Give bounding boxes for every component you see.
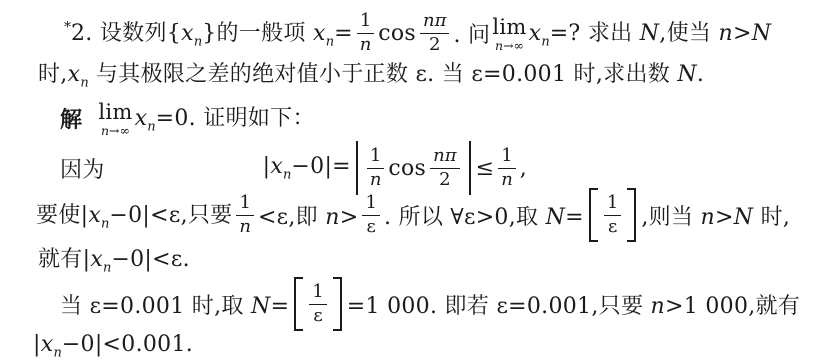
text-yaoshi: 要使| [36,203,88,228]
abs-bar-open: | [33,332,41,357]
fraction-1-over-epsilon: 1ε [604,193,621,237]
var-n: n [718,21,732,46]
var-x: x [90,247,103,272]
equals-sign: = [334,21,353,46]
equals-sign: = [565,205,584,230]
integer-part-bracket-right [333,277,342,331]
text-ji: <ε,即 [258,205,325,230]
var-N: N [752,21,772,46]
var-n-subscript: n [147,120,155,135]
greater-than-sign: > [340,205,359,230]
var-x: x [88,203,101,228]
var-N: N [677,62,697,87]
text-general-term: }的一般项 [202,21,313,46]
fraction-denominator: n [360,34,372,56]
fraction-numerator: nπ [430,146,459,169]
problem-question-run: xn=? 求出 N,使当 n>N [529,16,772,49]
equals-sign: = [271,294,290,319]
less-equal-sign: ≤ [476,156,495,181]
fraction-denominator: ε [608,216,617,238]
var-n-subscript: n [80,76,88,91]
fraction-denominator: ε [313,305,322,327]
period: . [697,62,704,87]
fraction-denominator: ε [367,216,376,238]
text-less-eps-zhiyao: −0|<ε,只要 [109,203,232,228]
cos-operator: cos [378,21,416,46]
conclusion-run: ,则当 n>N 时, [641,200,790,231]
text-shi: 时, [753,205,790,230]
limit-word: lim [98,102,132,123]
fraction-1-over-epsilon: 1ε [362,193,379,237]
fraction-denominator: 2 [439,169,450,191]
numeric-case-line: 当 ε=0.001 时,取 N= 1ε =1 000. 即若 ε=0.001,只… [60,276,800,332]
fraction-1-over-n: 1n [498,146,515,190]
var-x: x [181,21,194,46]
absolute-value-bar-left [356,141,358,195]
var-x: x [270,154,283,179]
greater-than-sign: > [715,205,734,230]
fraction-numerator: nπ [420,11,449,34]
fraction-1-over-n: 1n [367,146,384,190]
text-shidang: ,使当 [659,21,718,46]
problem-line-1: *2. 设数列{xn}的一般项 xn= 1n cos nπ2 . 问 limn→… [64,7,771,59]
solution-claim-run: xn=0. 证明如下： [135,101,315,134]
limit-subscript: n→∞ [101,125,130,138]
var-n-subscript: n [326,35,334,50]
fraction-npi-over-2: nπ2 [420,11,449,55]
problem-number: 2. [71,21,93,46]
var-x: x [68,62,81,87]
solution-label: 解 [60,103,82,134]
absolute-value-bar-right [469,141,471,195]
text-wen: . 问 [453,18,490,49]
fraction-numerator: 1 [236,193,253,216]
final-run: |xn−0|<0.001. [33,332,193,360]
fraction-numerator: 1 [367,146,384,169]
text-jiuyou: 就有| [38,247,90,272]
text-less-0001: −0|<0.001. [62,332,193,357]
limit-notation: limn→∞ [492,17,526,53]
integer-part-bracket-left [294,277,303,331]
epsilon-argument-line: 要使|xn−0|<ε,只要 1n <ε,即 n> 1ε . 所以 ∀ε>0,取 … [36,188,790,242]
text-shi: 时, [38,62,68,87]
fraction-numerator: 1 [362,193,379,216]
forall-run: . 所以 ∀ε>0,取 N= [384,200,584,231]
comma: , [520,156,527,181]
var-n-subscript: n [194,35,202,50]
solution-line-1: 解 limn→∞ xn=0. 证明如下： [60,99,315,137]
text-dang-eps: 当 ε=0.001 时,取 [60,294,251,319]
because-label: 因为 [60,153,105,184]
var-n: n [701,205,715,230]
text-greater-1000: >1 000,就有 [665,294,800,319]
fraction-numerator: 1 [309,282,326,305]
problem-line-2: 时,xn 与其极限之差的绝对值小于正数 ε. 当 ε=0.001 时,求出数 N… [38,61,704,87]
star-marker: * [64,20,71,36]
text-zedang: ,则当 [641,205,700,230]
require-run: 要使|xn−0|<ε,只要 [36,198,232,231]
fraction-numerator: 1 [604,193,621,216]
var-N: N [251,294,271,319]
var-N: N [734,205,754,230]
limit-word: lim [492,17,526,38]
minus-zero-equals: −0|= [291,154,350,179]
jiuyou-run: 就有|xn−0|<ε. [38,242,190,275]
fraction-numerator: 1 [357,11,374,34]
fraction-1-over-epsilon: 1ε [309,282,326,326]
result-run: =1 000. 即若 ε=0.001,只要 n>1 000,就有 [347,289,800,320]
fraction-1-over-n: 1n [236,193,253,237]
conclusion-line-1: 就有|xn−0|<ε. [38,246,190,272]
fraction-npi-over-2: nπ2 [430,146,459,190]
var-x: x [41,332,54,357]
cos-operator: cos [388,156,426,181]
text-find-N: =? 求出 [550,21,640,46]
problem-continuation-run: 时,xn 与其极限之差的绝对值小于正数 ε. 当 ε=0.001 时,求出数 N… [38,57,704,90]
text-proof-follows: =0. 证明如下： [156,106,315,131]
var-x: x [135,106,148,131]
fraction-denominator: 2 [429,34,440,56]
var-n-subscript: n [53,345,61,360]
var-n-subscript: n [541,35,549,50]
integer-part-bracket-left [589,188,598,242]
text-suoyi-forall: . 所以 ∀ε>0,取 [384,205,546,230]
then-run: <ε,即 n> [258,200,359,231]
var-x: x [529,21,542,46]
fraction-denominator: n [370,169,382,191]
var-n: n [651,294,665,319]
fraction-denominator: n [501,169,513,191]
var-n: n [325,205,339,230]
integer-part-bracket-right [627,188,636,242]
text-equals-1000: =1 000. 即若 ε=0.001,只要 [347,294,651,319]
abs-xn-run: |xn−0|= [263,154,351,182]
text-shu-shulie: 设数列{ [93,21,182,46]
text-epsilon-condition: 与其极限之差的绝对值小于正数 ε. 当 ε=0.001 时,求出数 [89,62,678,87]
limit-subscript: n→∞ [495,40,524,53]
conclusion-line-2: |xn−0|<0.001. [33,333,193,359]
var-N: N [546,205,566,230]
fraction-denominator: n [239,216,251,238]
text-less-eps: −0|<ε. [111,247,189,272]
fraction-1-over-n: 1n [357,11,374,55]
var-N: N [640,21,660,46]
limit-notation: limn→∞ [98,102,132,138]
var-x: x [313,21,326,46]
case-run: 当 ε=0.001 时,取 N= [60,289,289,320]
problem-intro-run: *2. 设数列{xn}的一般项 xn= [64,16,353,49]
greater-than-sign: > [733,21,752,46]
fraction-numerator: 1 [498,146,515,169]
